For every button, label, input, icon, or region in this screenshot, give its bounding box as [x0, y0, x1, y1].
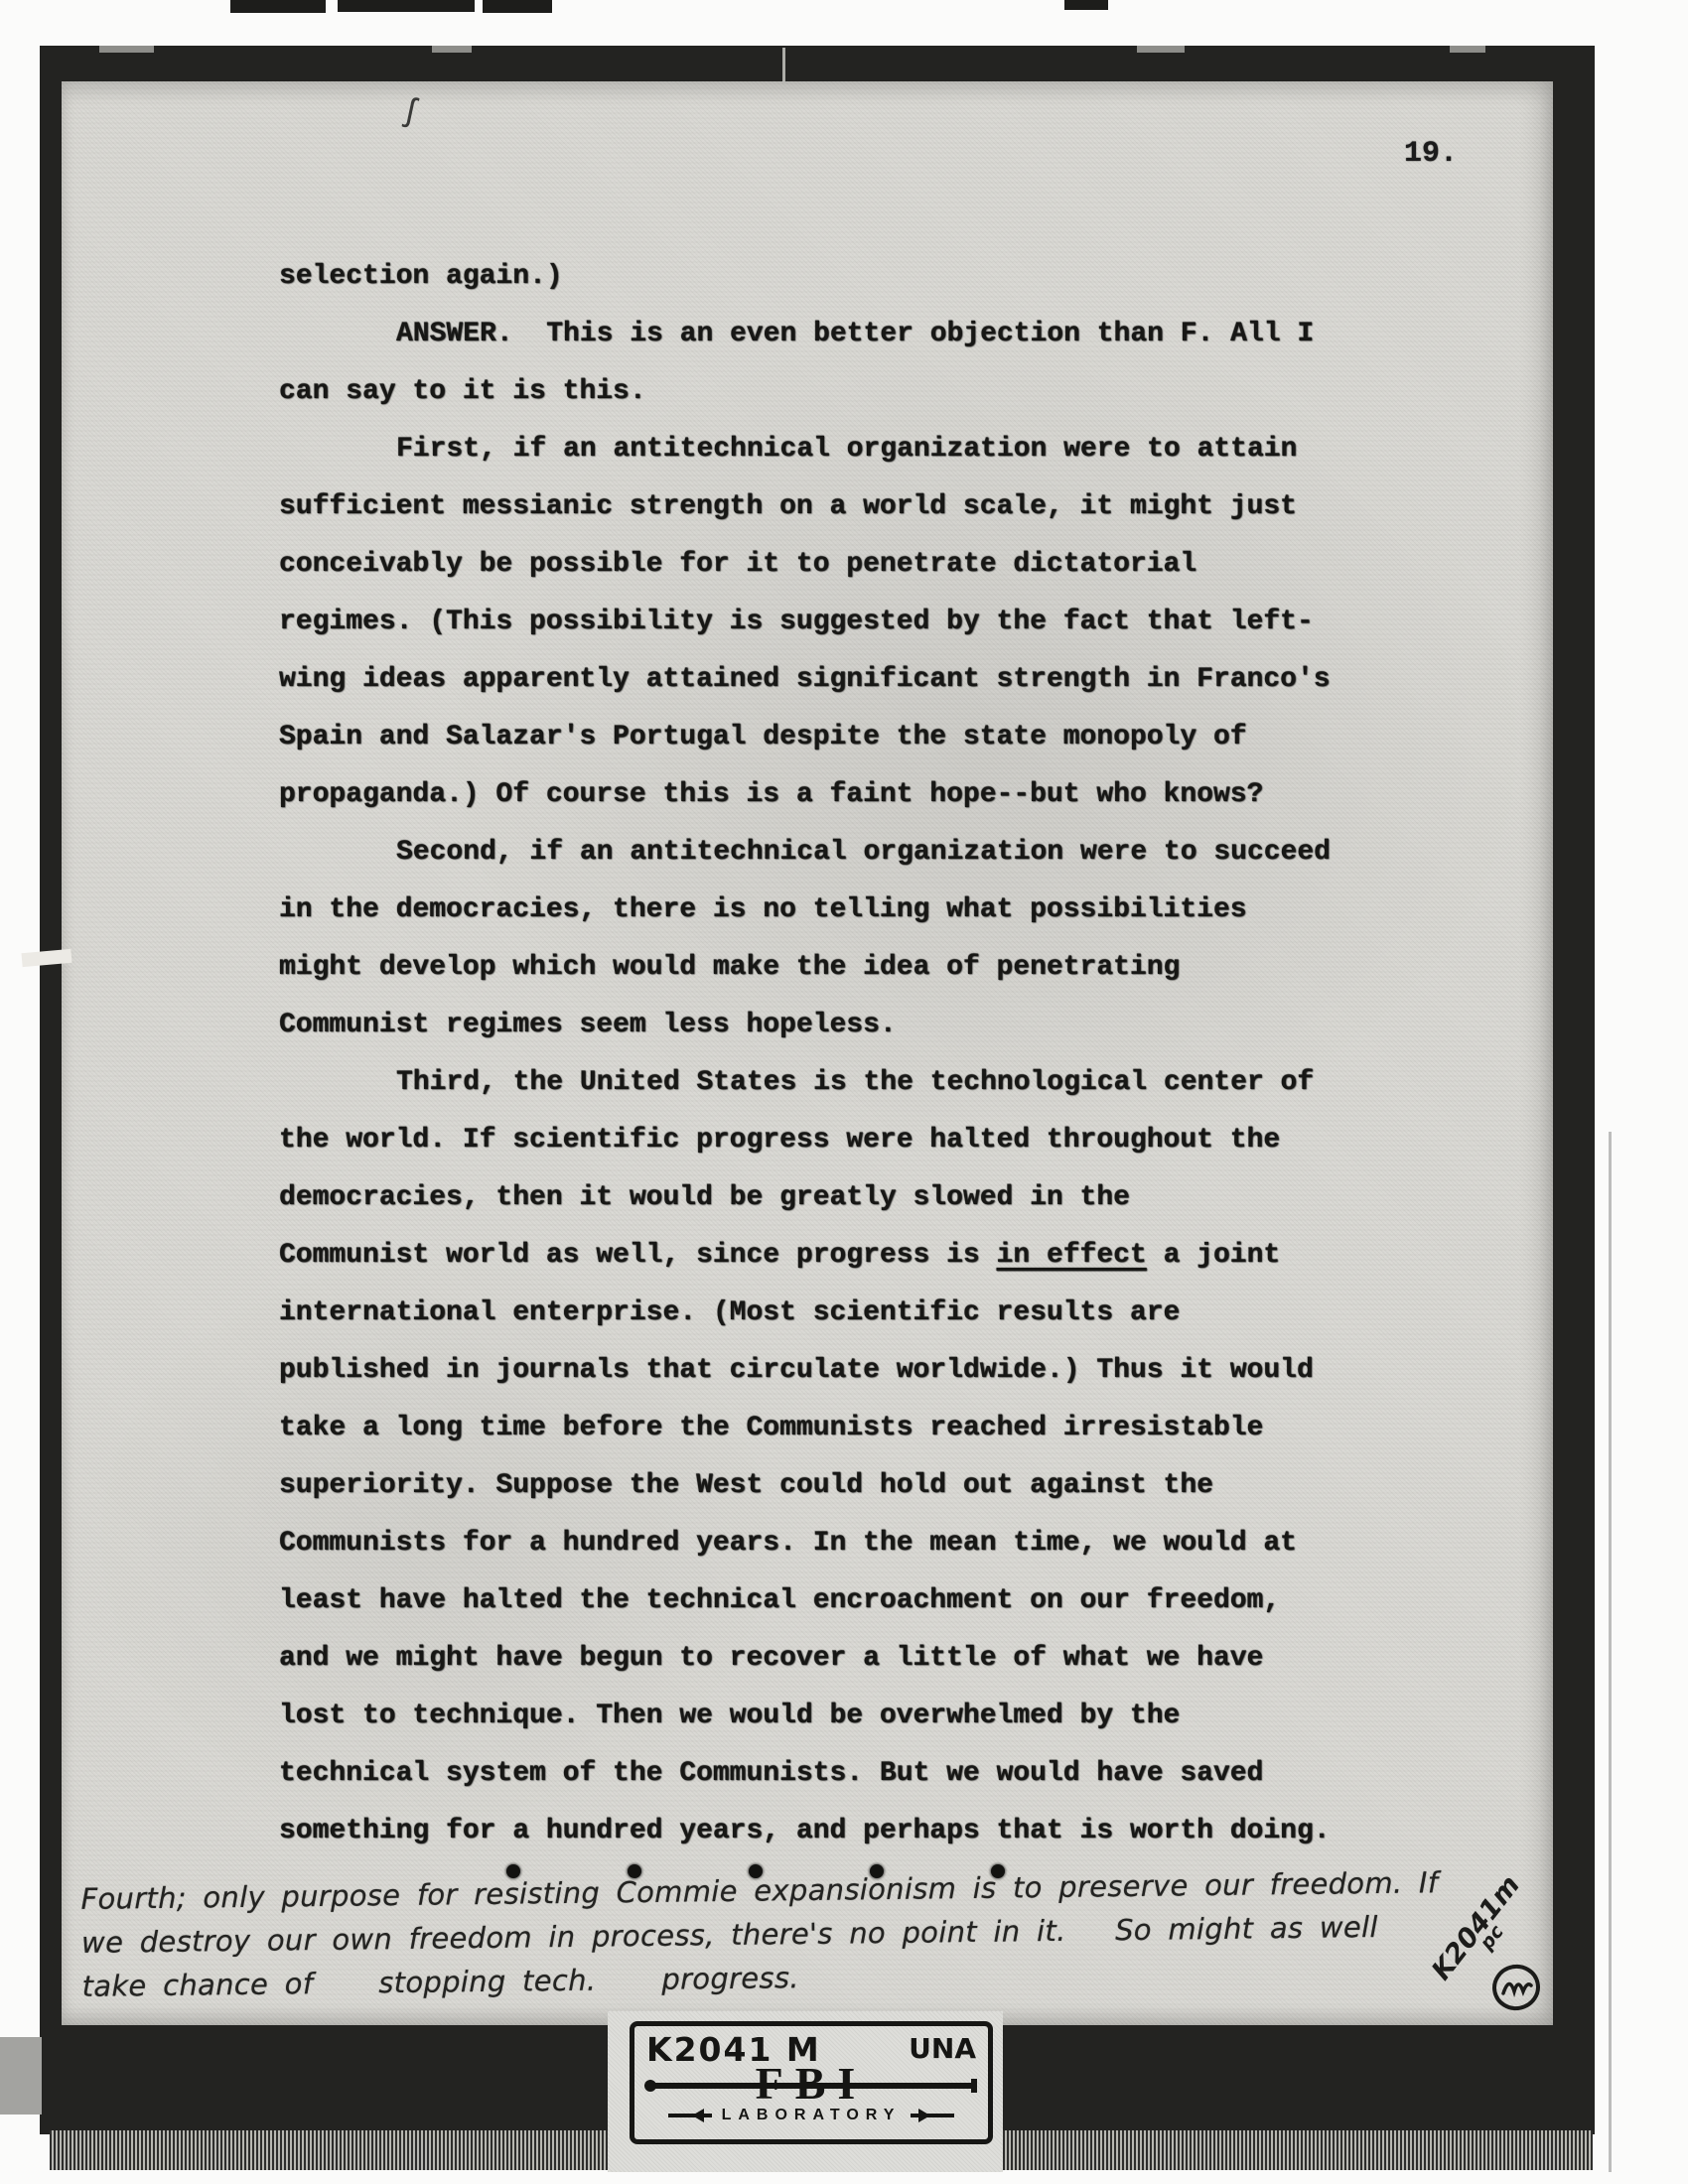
- typed-line: Communist regimes seem less hopeless.: [279, 997, 1421, 1054]
- typed-line: Spain and Salazar's Portugal despite the…: [279, 709, 1421, 766]
- stray-ink-mark: ʃ: [403, 91, 419, 131]
- scan-streak: [1609, 1132, 1612, 2172]
- typed-line: published in journals that circulate wor…: [279, 1342, 1421, 1400]
- stamp-org-row: FBI: [634, 2057, 988, 2109]
- page-number: 19.: [1404, 137, 1458, 171]
- typed-line: least have halted the technical encroach…: [279, 1572, 1421, 1630]
- typed-line: technical system of the Communists. But …: [279, 1745, 1421, 1803]
- scan-tape-mark: [483, 0, 552, 13]
- typed-line: ANSWER. This is an even better objection…: [279, 306, 1421, 363]
- stamp-area: K2041 M UNA FBI LABORATORY: [608, 2011, 1003, 2172]
- handwriting-block: Fourth; only purpose for resisting Commi…: [80, 1859, 1532, 2008]
- scanned-document: ʃ 19. selection again.)ANSWER. This is a…: [0, 0, 1688, 2184]
- scan-edge-notch: [1450, 46, 1485, 53]
- typed-line: superiority. Suppose the West could hold…: [279, 1457, 1421, 1515]
- circled-initials-mark: [1489, 1962, 1543, 2013]
- stamp-unit-label: LABORATORY: [722, 2107, 902, 2124]
- typed-line: Communists for a hundred years. In the m…: [279, 1515, 1421, 1572]
- scan-tape-mark: [230, 0, 326, 13]
- scan-crack-artifact: [782, 48, 785, 81]
- document-page: ʃ 19. selection again.)ANSWER. This is a…: [62, 81, 1553, 2025]
- scan-edge-notch: [432, 46, 472, 53]
- typed-line: sufficient messianic strength on a world…: [279, 478, 1421, 536]
- stamp-strike-line: [646, 2083, 976, 2089]
- typed-line: and we might have begun to recover a lit…: [279, 1630, 1421, 1688]
- typed-line: Second, if an antitechnical organization…: [279, 824, 1421, 882]
- typed-line: selection again.): [279, 248, 1421, 306]
- scan-edge-notch: [1137, 46, 1185, 53]
- typed-line: First, if an antitechnical organization …: [279, 421, 1421, 478]
- typed-line: wing ideas apparently attained significa…: [279, 651, 1421, 709]
- stamp-arrow-right-icon: [911, 2114, 954, 2117]
- typed-line: international enterprise. (Most scientif…: [279, 1285, 1421, 1342]
- fbi-lab-stamp: K2041 M UNA FBI LABORATORY: [630, 2021, 993, 2144]
- stamp-arrow-left-icon: [668, 2114, 712, 2117]
- typed-line: the world. If scientific progress were h…: [279, 1112, 1421, 1169]
- stamp-unit-row: LABORATORY: [634, 2107, 988, 2124]
- typed-line: lost to technique. Then we would be over…: [279, 1688, 1421, 1745]
- typed-line: Communist world as well, since progress …: [279, 1227, 1421, 1285]
- scan-tape-mark: [1064, 0, 1108, 10]
- typed-line: conceivably be possible for it to penetr…: [279, 536, 1421, 594]
- scan-corner-artifact: [0, 2037, 42, 2115]
- typed-line: democracies, then it would be greatly sl…: [279, 1169, 1421, 1227]
- typed-line: propaganda.) Of course this is a faint h…: [279, 766, 1421, 824]
- scan-edge-notch: [99, 46, 154, 53]
- typed-line: in the democracies, there is no telling …: [279, 882, 1421, 939]
- typed-line: can say to it is this.: [279, 363, 1421, 421]
- typed-line: Third, the United States is the technolo…: [279, 1054, 1421, 1112]
- scan-tape-mark: [338, 0, 475, 12]
- typed-line: take a long time before the Communists r…: [279, 1400, 1421, 1457]
- paper-fold-mark: [21, 949, 71, 967]
- typed-block: selection again.)ANSWER. This is an even…: [279, 248, 1421, 1860]
- typed-line: might develop which would make the idea …: [279, 939, 1421, 997]
- typed-line: something for a hundred years, and perha…: [279, 1803, 1421, 1860]
- typed-line: regimes. (This possibility is suggested …: [279, 594, 1421, 651]
